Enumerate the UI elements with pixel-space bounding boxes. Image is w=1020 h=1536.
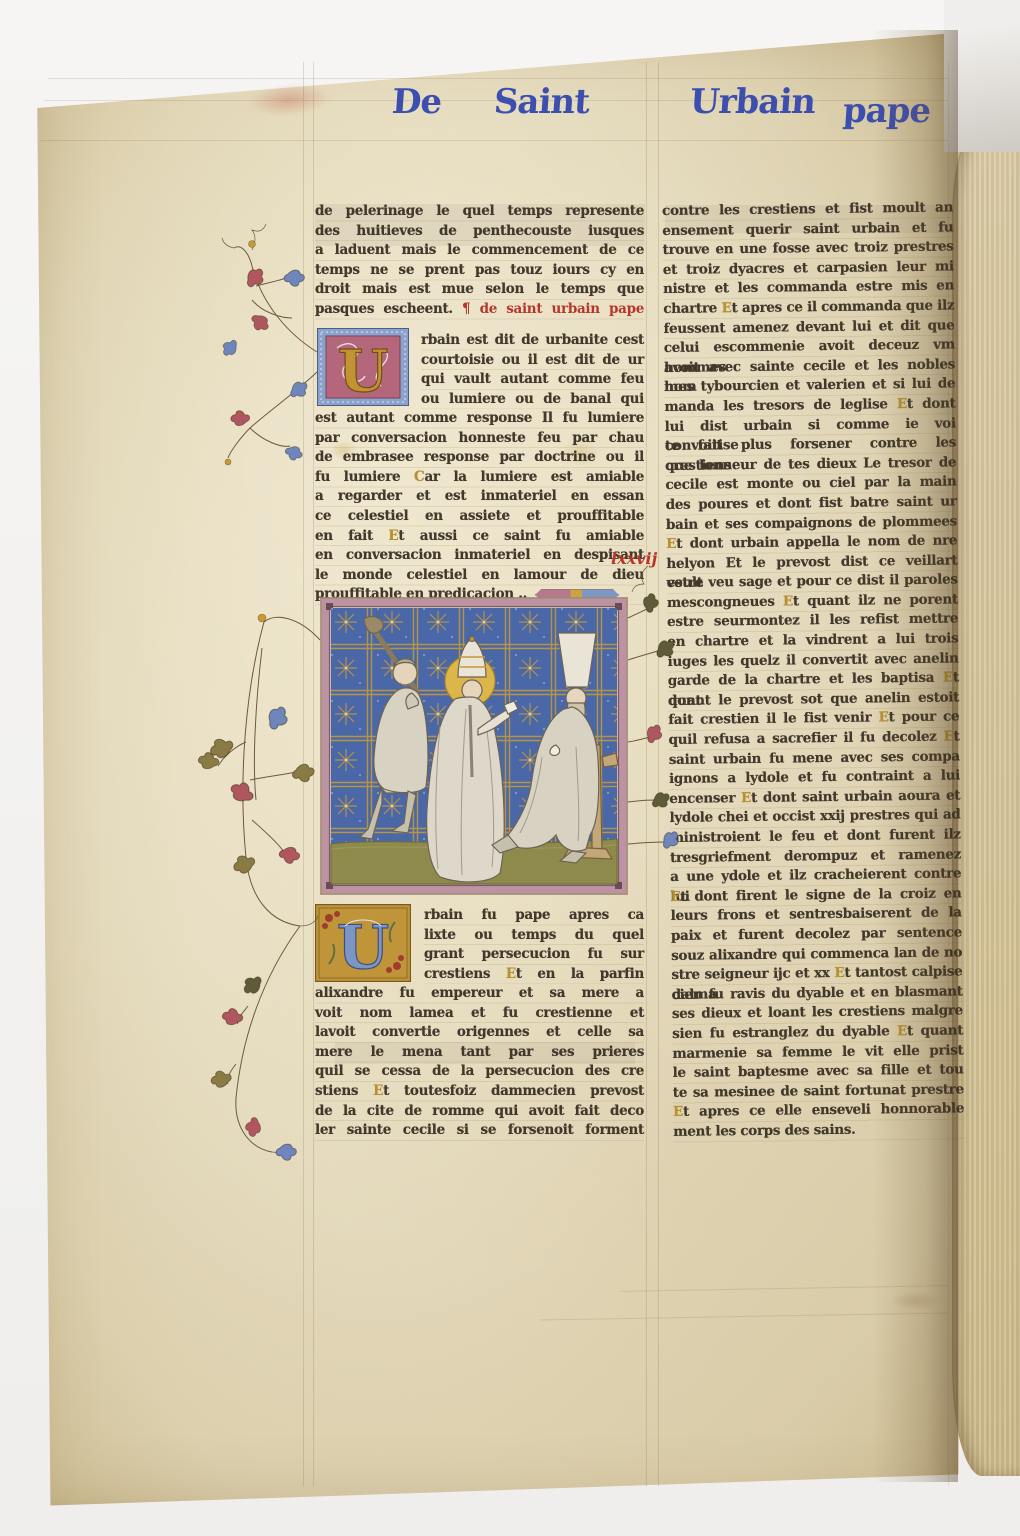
text-line: a regarder et est inmateriel en essan: [315, 487, 644, 507]
text-span: de la cite de romme qui avoit fait deco: [315, 1103, 644, 1119]
text-line: crestiens Et en la parfin: [424, 965, 644, 985]
text-line: ment les corps des sains.: [673, 1119, 964, 1142]
text-line: voit nom lamea et fu crestienne et: [315, 1004, 644, 1024]
text-line: courtoisie ou il est dit de ur: [421, 351, 644, 371]
text-span: E: [388, 528, 398, 544]
text-span: des poures et dont fist batre saint ur: [666, 493, 957, 513]
ruling-line: [658, 62, 659, 1486]
text-span: a laduent mais le commencement de ce: [315, 242, 644, 258]
text-span: t dont urbain appella le nom de nre: [676, 533, 957, 552]
text-line: fu lumiere Car la lumiere est amiable: [315, 468, 644, 488]
chapter-number: lxxvij: [611, 549, 657, 568]
text-line: des huitieves de penthecouste iusques: [315, 222, 644, 242]
text-line: le monde celestiel en lamour de dieu: [315, 566, 644, 586]
text-span: mere le mena tant par ses prieres: [315, 1044, 644, 1060]
ruling-line: [303, 62, 304, 1486]
text-span: feussent amenez devant lui et dit que: [663, 317, 954, 337]
text-span: des huitieves de penthecouste iusques: [315, 223, 644, 239]
text-column-2: contre les crestiens et fist moult anens…: [662, 198, 964, 1142]
text-span: lavoit convertie origennes et celle sa: [315, 1024, 644, 1040]
text-span: grant persecucion fu sur: [424, 946, 644, 962]
text-line: ou lumiere ou de banal qui: [421, 390, 644, 410]
text-span: E: [673, 1104, 683, 1120]
text-line: rbain fu pape apres ca: [424, 906, 644, 926]
text-span: lixte ou temps du quel: [424, 927, 644, 943]
text-span: mescongneues: [667, 593, 783, 610]
text-span: E: [878, 710, 888, 726]
initial-letter: U: [337, 913, 389, 982]
decorated-initial-urbain-1: U: [317, 328, 409, 406]
text-span: droit mais est mue selon le temps que: [315, 281, 644, 297]
running-title-word: Saint: [493, 82, 591, 122]
text-span: E: [721, 300, 731, 316]
text-line: ler sainte cecile si se forsenoit formen…: [315, 1121, 644, 1141]
text-span: sien fu estranglez du dyable: [672, 1023, 897, 1042]
text-span: alixandre fu empereur et sa mere a: [315, 985, 644, 1001]
text-span: E: [741, 790, 751, 806]
text-span: nistre et les commanda estre mis en: [663, 278, 954, 298]
text-span: E: [506, 966, 516, 982]
text-span: t quant ilz ne porent: [793, 591, 958, 609]
text-line: de pelerinage le quel temps represente: [315, 202, 644, 222]
text-span: encenser: [669, 790, 741, 807]
text-line: stiens Et toutesfoiz dammecien prevost: [315, 1082, 644, 1102]
text-line: alixandre fu empereur et sa mere a: [315, 984, 644, 1004]
text-span: t pour ce: [888, 709, 959, 726]
text-span: et troiz dyacres et carpasien leur mi: [663, 258, 954, 278]
faint-brown-mark: [890, 1292, 942, 1310]
text-span: bain et ses compaignons de plommees: [666, 513, 957, 533]
text-span: est autant comme response Il fu lumiere: [315, 410, 644, 426]
text-span: t aussi ce saint fu amiable: [398, 528, 644, 544]
text-span: E: [944, 729, 954, 745]
rubric-text: ¶: [453, 301, 480, 317]
text-column-1-bottom: alixandre fu empereur et sa mere avoit n…: [315, 984, 644, 1141]
text-line: droit mais est mue selon le temps que: [315, 280, 644, 300]
ruling-line: [313, 62, 314, 1486]
text-span: rbain fu pape apres ca: [424, 907, 644, 923]
text-column-1-mid: est autant comme response Il fu lumierep…: [315, 409, 644, 605]
initial-letter: U: [338, 337, 389, 405]
text-line: ce celestiel en assiete et prouffitable: [315, 507, 644, 527]
text-span: t quant: [907, 1022, 963, 1039]
text-span: iuges les quelz il convertit avec anelin: [668, 650, 959, 670]
text-line: quil se cessa de la persecucion des cre: [315, 1062, 644, 1082]
text-span: souz alixandre qui commenca lan de no: [671, 944, 962, 964]
text-line: lavoit convertie origennes et celle sa: [315, 1023, 644, 1043]
text-span: temps ne se prent pas touz iours cy en: [315, 262, 644, 278]
text-span: le saint baptesme avec sa fille et tou: [673, 1062, 964, 1082]
text-span: paix et furent decolez par sentence: [671, 924, 962, 944]
text-span: leurs frons et sentresbaiserent de la: [671, 905, 962, 925]
backdrop-cloth: [944, 0, 1020, 152]
text-span: lydole chei et occist xxij prestres qui …: [669, 807, 960, 827]
text-span: t apres ce elle enseveli honnorable: [683, 1101, 964, 1120]
running-title-word: pape: [842, 91, 932, 131]
text-span: E: [834, 965, 844, 981]
text-line: temps ne se prent pas touz iours cy en: [315, 261, 644, 281]
rubric-text: de saint urbain pape: [480, 301, 644, 317]
text-span: E: [666, 536, 676, 552]
text-span: que lonneur de tes dieux Le tresor de: [665, 454, 956, 474]
text-span: stre seigneur ijc et xx: [671, 965, 834, 983]
text-span: t toutesfoiz dammecien prevost: [383, 1083, 644, 1099]
text-span: t apres ce il commanda que ilz: [731, 297, 954, 316]
text-column-1-top: de pelerinage le quel temps representede…: [315, 202, 644, 320]
text-span: par conversacion honneste feu par chau: [315, 430, 644, 446]
text-span: le monde celestiel en lamour de dieu: [315, 567, 644, 583]
text-line: mere le mena tant par ses prieres: [315, 1043, 644, 1063]
text-line: par conversacion honneste feu par chau: [315, 429, 644, 449]
text-span: de pelerinage le quel temps represente: [315, 203, 644, 219]
text-span: quil refusa a sacrefier il fu decolez: [668, 729, 943, 748]
facing-page-edge: [952, 128, 1020, 1476]
text-span: pasques escheent.: [315, 301, 453, 317]
text-span: estre seurmontez il les refist mettre: [667, 611, 958, 631]
text-span: t dont: [907, 395, 956, 412]
text-span: stiens: [315, 1083, 373, 1099]
text-line: en fait Et aussi ce saint fu amiable: [315, 527, 644, 547]
text-span: cecile est monte ou ciel par la main: [665, 474, 956, 494]
text-line: de la cite de romme qui avoit fait deco: [315, 1102, 644, 1122]
text-span: ce celestiel en assiete et prouffitable: [315, 508, 644, 524]
text-span: mes tybourcien et valerien et si lui de: [664, 376, 955, 396]
text-span: fait crestien il le fist venir: [668, 710, 878, 729]
text-span: C: [414, 469, 424, 485]
text-span: E: [373, 1083, 383, 1099]
text-span: crestiens: [424, 966, 506, 982]
text-span: ler sainte cecile si se forsenoit formen…: [315, 1122, 644, 1138]
text-line: en conversacion inmateriel en despisant: [315, 546, 644, 566]
text-line: lixte ou temps du quel: [424, 926, 644, 946]
text-span: manda les tresors de leglise: [664, 396, 897, 415]
text-span: voit nom lamea et fu crestienne et: [315, 1005, 644, 1021]
text-span: en conversacion inmateriel en despisant: [315, 547, 644, 563]
ruling-line: [48, 78, 948, 79]
text-span: E: [670, 889, 680, 905]
text-span: t en la parfin: [516, 966, 644, 982]
text-span: ignons a lydole et fu contraint a lui: [669, 768, 960, 788]
text-span: t dont firent le signe de la croiz en: [680, 885, 961, 904]
text-span: en fait: [315, 528, 388, 544]
text-span: marmenie sa femme le vit elle prist: [672, 1042, 963, 1062]
text-span: t dont saint urbain aoura et: [751, 787, 960, 806]
text-line: est autant comme response Il fu lumiere: [315, 409, 644, 429]
ruling-line: [40, 140, 948, 141]
decorated-initial-urbain-2: U: [315, 904, 411, 982]
text-span: saint urbain fu mene avec ses compa: [669, 748, 960, 768]
text-span: te sa mesinee de saint fortunat prestre: [673, 1081, 964, 1101]
text-span: garde de la chartre et les baptisa: [668, 670, 943, 689]
running-title-word: De: [391, 82, 443, 122]
text-span: ar la lumiere est amiable: [424, 469, 644, 485]
text-line: rbain est dit de urbanite cest: [421, 331, 644, 351]
text-span: rbain est dit de urbanite cest: [421, 332, 644, 348]
text-span: de embrasee response par doctrine ou il: [315, 449, 644, 465]
text-span: quant le prevost sot que anelin estoit: [668, 689, 959, 709]
text-span: cien fu ravis du dyable et en blasmant: [672, 983, 963, 1003]
text-line: de embrasee response par doctrine ou il: [315, 448, 644, 468]
text-span: en chartre et la vindrent a lui trois: [667, 630, 958, 650]
initial-ornament: U: [315, 904, 411, 982]
running-title-word: Urbain: [689, 82, 817, 122]
text-span: ministroient le feu et dont furent ilz: [670, 826, 961, 846]
text-span: qui vault autant comme feu: [421, 371, 644, 387]
text-span: tresgriefment derompuz et ramenez: [670, 846, 961, 866]
text-span: trouve en une fosse avec troiz prestres: [662, 239, 953, 259]
text-span: courtoisie ou il est dit de ur: [421, 352, 644, 368]
text-column-1-indent-2: rbain fu pape apres calixte ou temps du …: [424, 906, 644, 984]
text-span: quil se cessa de la persecucion des cre: [315, 1063, 644, 1079]
text-span: estre veu sage et pour ce dist il parole…: [667, 572, 958, 592]
text-span: E: [943, 670, 953, 686]
text-span: fu lumiere: [315, 469, 414, 485]
text-span: E: [783, 593, 793, 609]
text-line: qui vault autant comme feu: [421, 370, 644, 390]
initial-ornament: U: [317, 328, 409, 406]
text-line: grant persecucion fu sur: [424, 945, 644, 965]
manuscript-photo: { "page": { "running_title": { "words": …: [0, 0, 1020, 1536]
text-span: t: [954, 728, 960, 744]
text-line: a laduent mais le commencement de ce: [315, 241, 644, 261]
text-column-1-indent: rbain est dit de urbanite cestcourtoisie…: [421, 331, 644, 409]
text-span: ou lumiere ou de banal qui: [421, 391, 644, 407]
text-span: ses dieux et loant les crestiens malgre: [672, 1003, 963, 1023]
text-span: chartre: [663, 300, 721, 317]
text-span: a regarder et est inmateriel en essan: [315, 488, 644, 504]
text-span: ment les corps des sains.: [673, 1122, 855, 1140]
miniature-saint-urbain: [320, 597, 628, 895]
text-line: pasques escheent. ¶ de saint urbain pape: [315, 300, 644, 320]
text-span: E: [897, 1023, 907, 1039]
running-title: DeSaintUrbainpape: [0, 82, 1020, 128]
ruling-line: [646, 62, 647, 1486]
text-span: ensement querir saint urbain et fu: [662, 219, 953, 239]
text-span: contre les crestiens et fist moult an: [662, 199, 953, 219]
text-line: Et apres ce elle enseveli honnorable: [673, 1100, 964, 1123]
